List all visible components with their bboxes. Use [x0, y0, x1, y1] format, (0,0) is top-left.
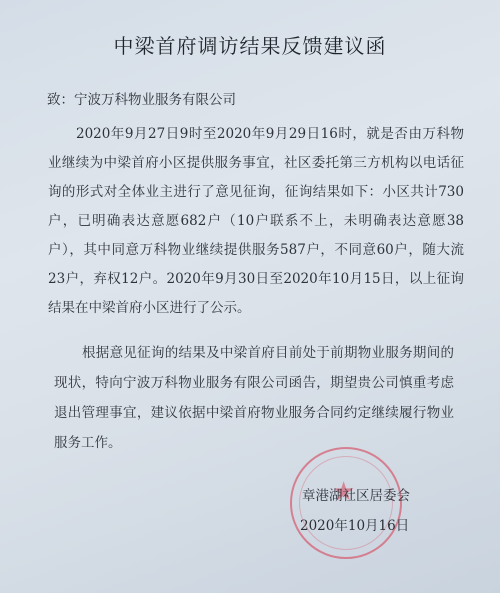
document-title: 中梁首府调访结果反馈建议函	[0, 30, 500, 59]
signature-date: 2020年10月16日	[300, 514, 409, 534]
addressee: 致：宁波万科物业服务有限公司	[47, 88, 236, 108]
letter-page: 中梁首府调访结果反馈建议函 致：宁波万科物业服务有限公司 2020年9月27日9…	[0, 0, 500, 593]
signer-name: 章港湖社区居委会	[302, 484, 410, 504]
paragraph-recommendation: 根据意见征询的结果及中梁首府目前处于前期物业服务期间的现状，特向宁波万科物业服务…	[54, 338, 454, 458]
paragraph-survey-results: 2020年9月27日9时至2020年9月29日16时，就是否由万科物业继续为中梁…	[48, 120, 464, 323]
